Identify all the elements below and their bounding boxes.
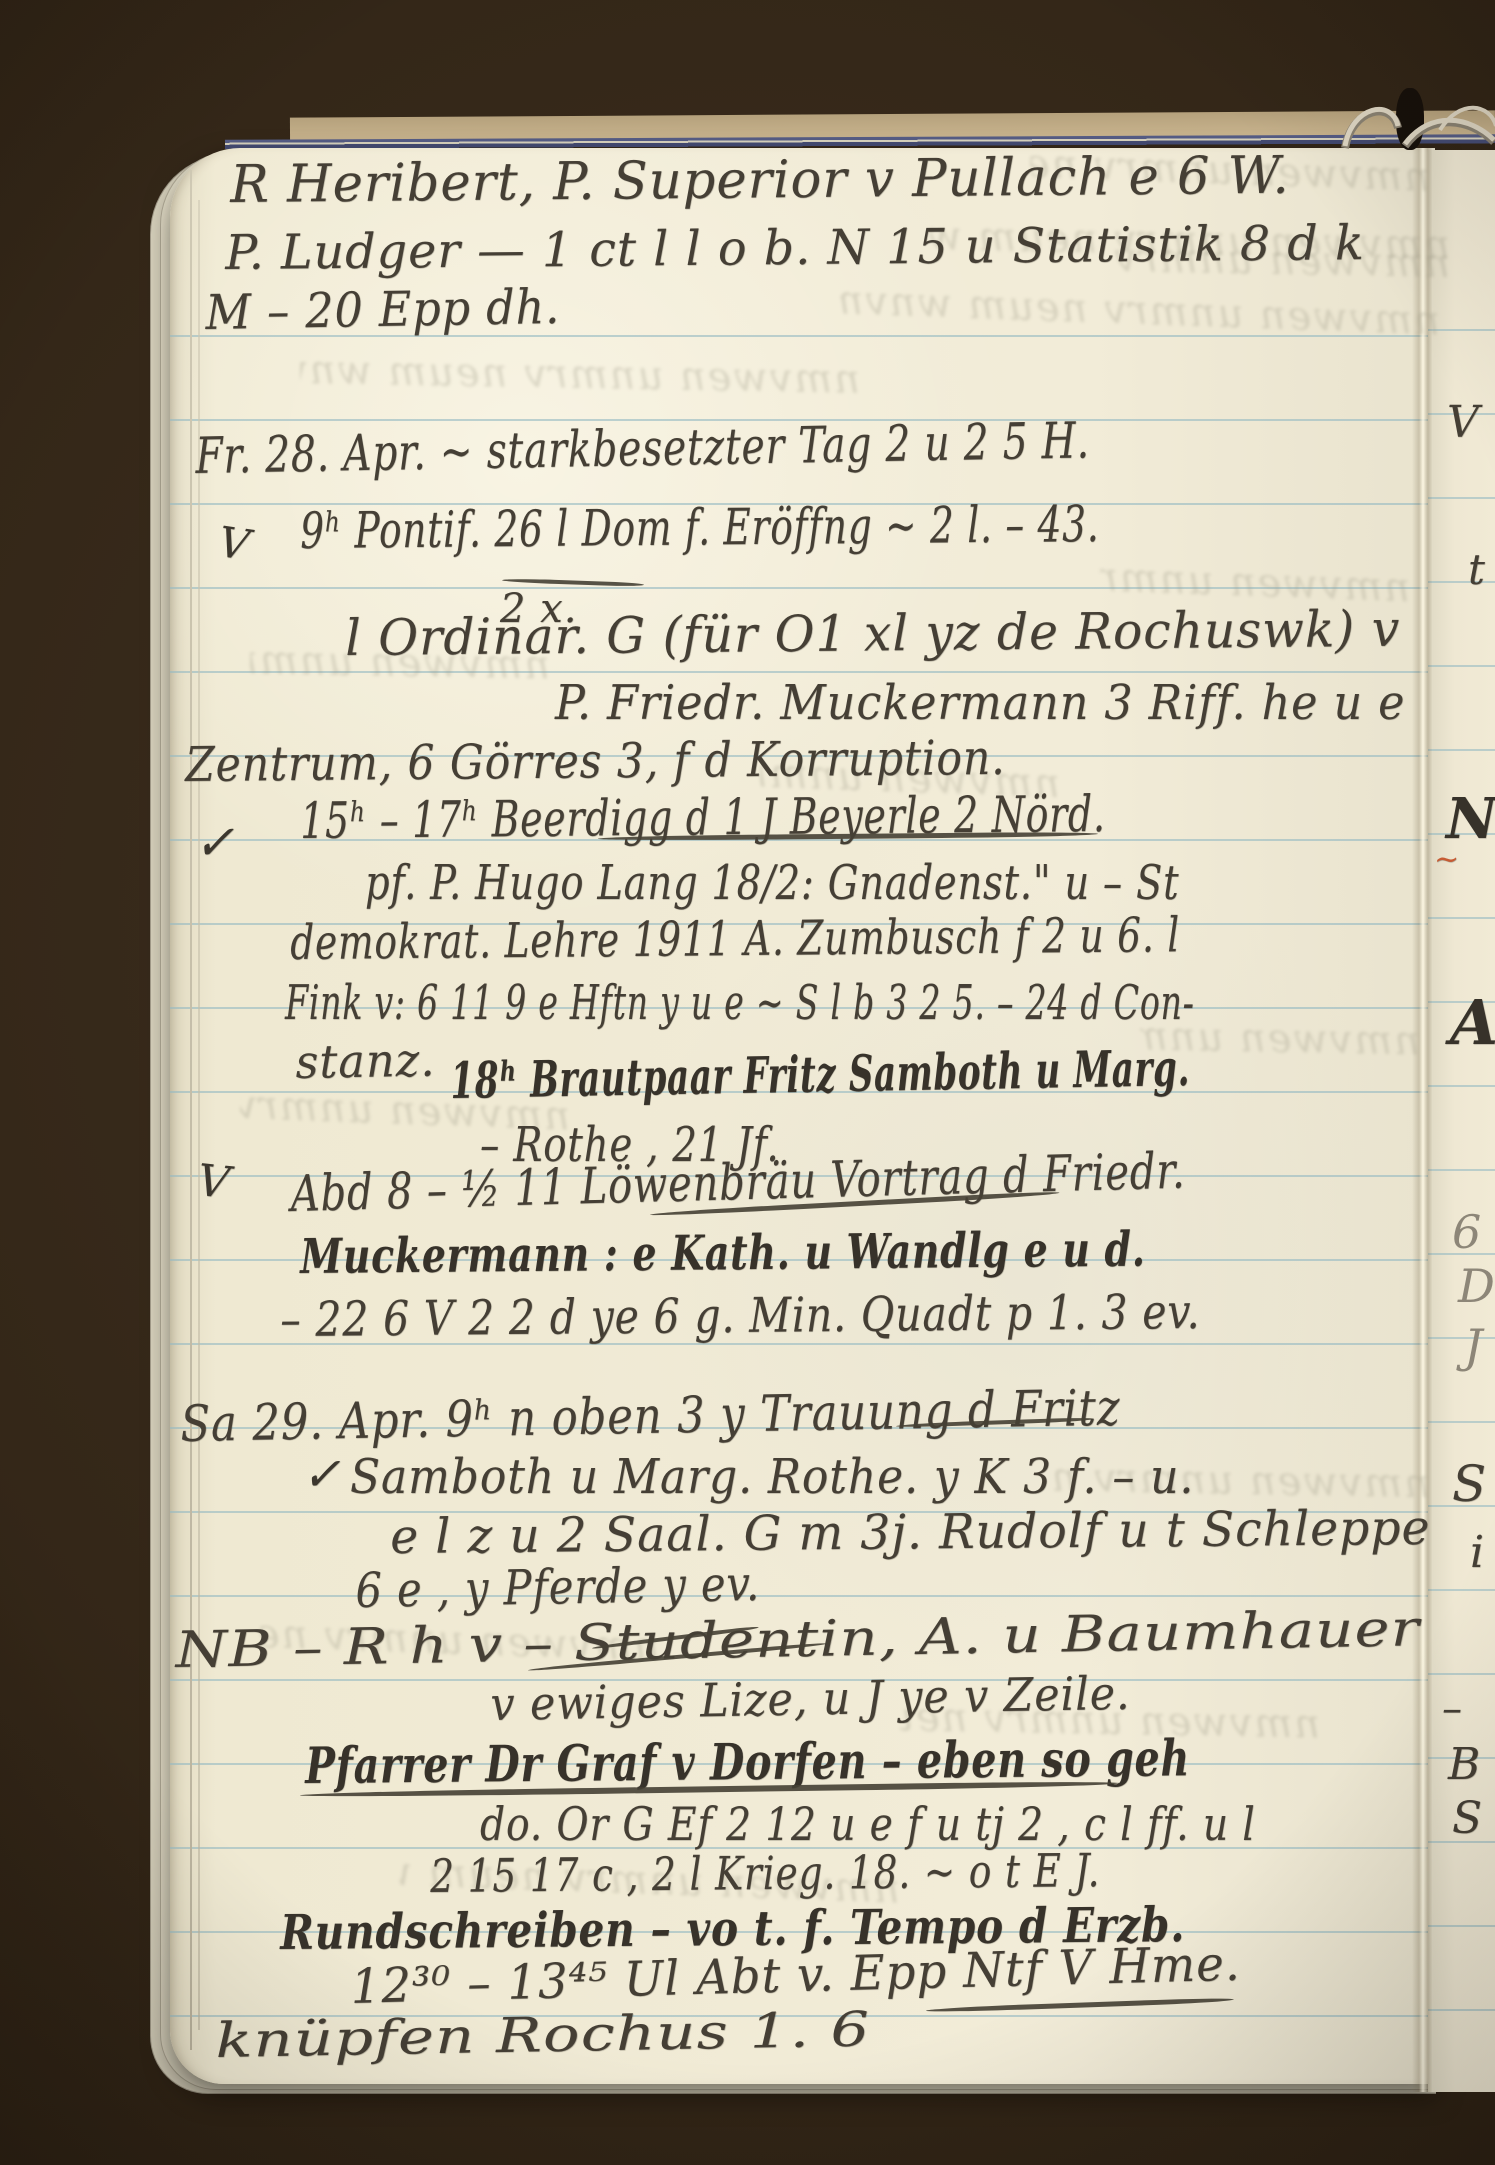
handwritten-line: do. Or G Ef 2 12 u e f u tj 2 , c l ff. … (480, 1800, 1256, 1848)
handwritten-line: knüpfen Rochus 1. 6 (215, 2005, 871, 2067)
facing-page-text-fragment: V (1447, 400, 1480, 446)
handwritten-line: 18ʰ Brautpaar Fritz Samboth u Marg. (450, 1042, 1190, 1107)
handwritten-line: e l z u 2 Saal. G m 3j. Rudolf u t Schle… (390, 1503, 1431, 1562)
margin-checkmark: V (216, 520, 253, 568)
facing-page-text-fragment: N (1446, 790, 1495, 849)
facing-page-text-fragment: i (1470, 1530, 1485, 1576)
binding-thread (1300, 80, 1495, 170)
handwritten-line: Samboth u Marg. Rothe. y K 3 f. – u. (350, 1452, 1194, 1502)
handwritten-line: – 22 6 V 2 2 d ye 6 g. Min. Quadt p 1. 3… (280, 1287, 1201, 1345)
handwritten-line: P. Friedr. Muckermann 3 Riff. he u e (555, 678, 1405, 728)
facing-page-text-fragment: t (1468, 548, 1486, 592)
handwritten-line: l Ordinar. G (für O1 xl yz de Rochuswk) … (345, 603, 1400, 665)
margin-checkmark: ✓ (302, 1450, 342, 1498)
facing-page-text-fragment: B (1448, 1742, 1481, 1788)
facing-page-text-fragment: ~ (1434, 844, 1460, 876)
margin-checkmark: V (195, 1158, 232, 1207)
handwritten-line: 6 e , y Pferde y ev. (355, 1559, 760, 1616)
handwritten-line: M – 20 Epp dh. (205, 282, 561, 339)
handwritten-line: 2 15 17 c , 2 l Krieg. 18. ~ o t E J. (430, 1846, 1100, 1900)
facing-page-text-fragment: 6 (1452, 1208, 1482, 1256)
facing-page-text-fragment: S (1452, 1796, 1483, 1842)
handwritten-line: R Heribert, P. Superior v Pullach e 6 W. (230, 149, 1290, 213)
handwritten-line: 9ʰ Pontif. 26 l Dom f. Eröffng ~ 2 l. – … (300, 498, 1100, 557)
handwritten-line: pf. P. Hugo Lang 18/2: Gnadenst." u – St (365, 858, 1179, 908)
photograph-scene: nmvwen unmrv neum wnvm nmwe uimn vwen mr… (0, 0, 1495, 2165)
underline-stroke (926, 1997, 1234, 2013)
handwritten-line: Fr. 28. Apr. ~ starkbesetzter Tag 2 u 2 … (195, 414, 1090, 482)
handwritten-line: Zentrum, 6 Görres 3, f d Korruption. (185, 733, 1006, 791)
facing-page-text-fragment: D (1458, 1262, 1495, 1310)
handwritten-line: Fink v: 6 11 9 e Hftn y u e ~ S l b 3 2 … (285, 978, 1195, 1028)
handwriting-layer: R Heribert, P. Superior v Pullach e 6 W.… (0, 0, 1495, 2165)
facing-page-text-fragment: J (1464, 1322, 1483, 1370)
handwritten-line: P. Ludger — 1 ct l l o b. N 15 u Statist… (225, 218, 1365, 278)
handwritten-line: Muckermann : e Kath. u Wandlg e u d. (300, 1225, 1146, 1283)
facing-page-text-fragment: A (1450, 990, 1495, 1055)
handwritten-line: v ewiges Lize, u J ye v Zeile. (490, 1669, 1131, 1728)
facing-page-text-fragment: – (1442, 1688, 1463, 1730)
handwritten-line: Sa 29. Apr. 9ʰ n oben 3 y Trauung d Frit… (180, 1382, 1121, 1451)
facing-page-text-fragment: S (1452, 1458, 1487, 1511)
handwritten-line: demokrat. Lehre 1911 A. Zumbusch f 2 u 6… (290, 910, 1180, 968)
margin-checkmark: ✓ (194, 818, 235, 868)
handwritten-line: stanz. (295, 1036, 436, 1087)
